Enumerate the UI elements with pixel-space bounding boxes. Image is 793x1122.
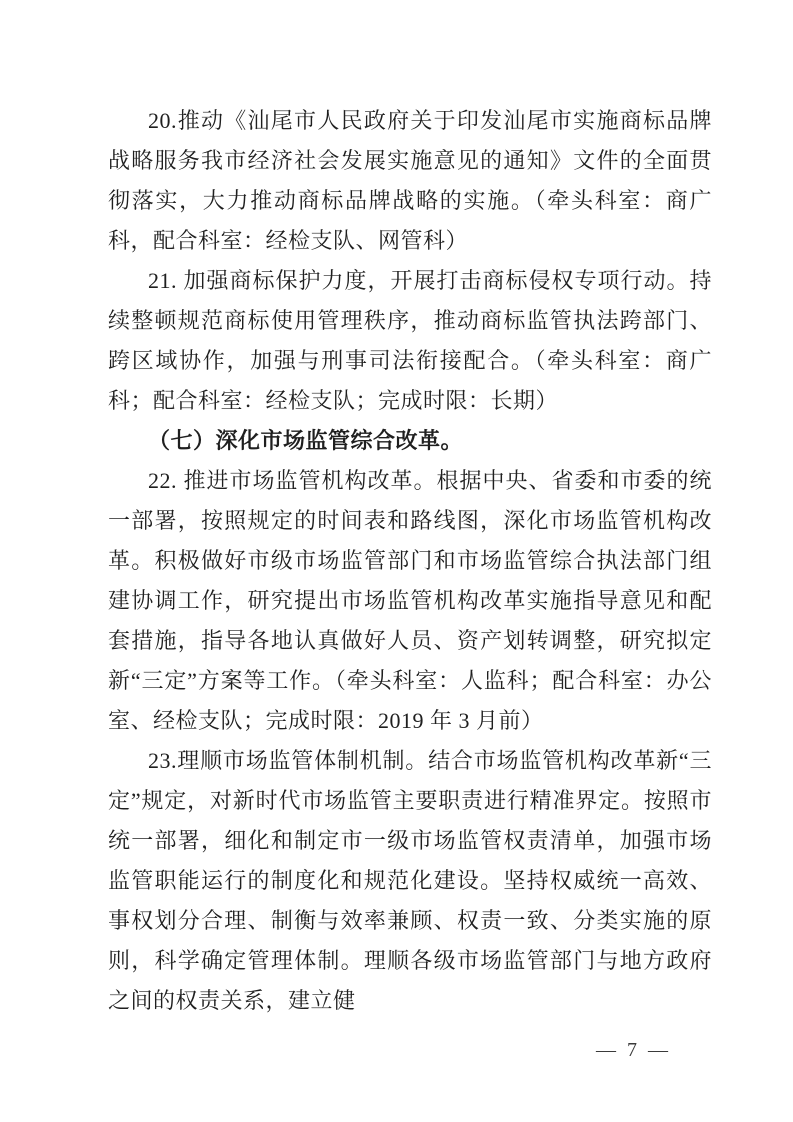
paragraph-item-23: 23.理顺市场监管体制机制。结合市场监管机构改革新“三定”规定，对新时代市场监管… bbox=[108, 741, 712, 1021]
section-heading-7: （七）深化市场监管综合改革。 bbox=[108, 421, 712, 461]
document-page: 20.推动《汕尾市人民政府关于印发汕尾市实施商标品牌战略服务我市经济社会发展实施… bbox=[0, 0, 793, 1122]
paragraph-item-21: 21. 加强商标保护力度，开展打击商标侵权专项行动。持续整顿规范商标使用管理秩序… bbox=[108, 261, 712, 421]
paragraph-item-22: 22. 推进市场监管机构改革。根据中央、省委和市委的统一部署，按照规定的时间表和… bbox=[108, 461, 712, 741]
paragraph-item-20: 20.推动《汕尾市人民政府关于印发汕尾市实施商标品牌战略服务我市经济社会发展实施… bbox=[108, 101, 712, 261]
page-number: — 7 — bbox=[596, 1036, 671, 1064]
document-body: 20.推动《汕尾市人民政府关于印发汕尾市实施商标品牌战略服务我市经济社会发展实施… bbox=[108, 101, 712, 1021]
